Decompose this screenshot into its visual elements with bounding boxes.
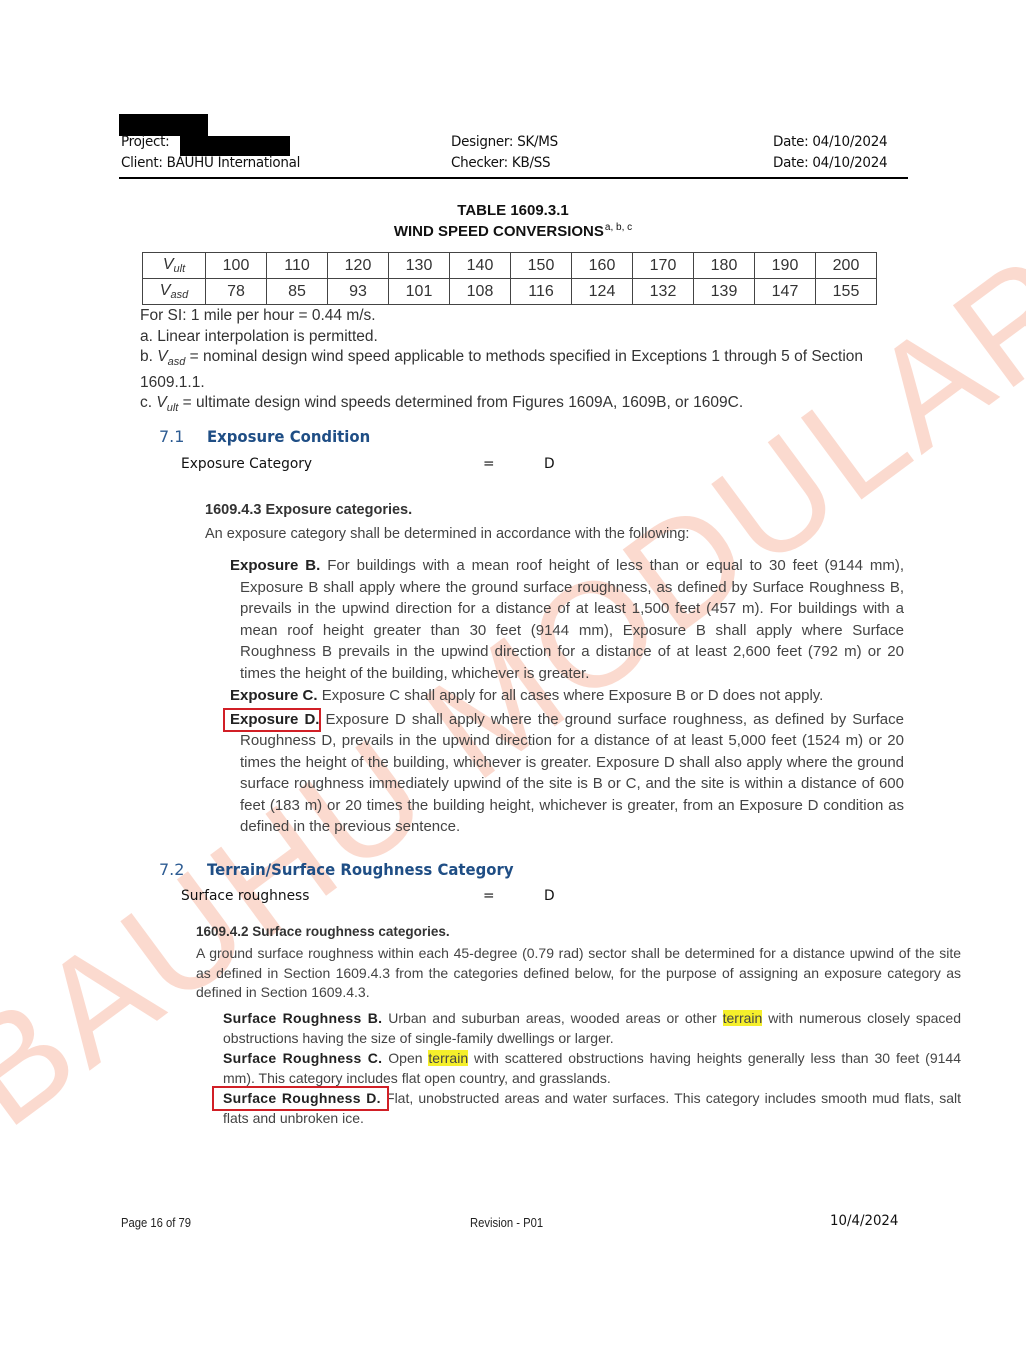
- table-cell: 150: [511, 253, 572, 279]
- table-cell: 170: [633, 253, 694, 279]
- checker-date: Date: 04/10/2024: [773, 155, 887, 171]
- table-cell: 155: [816, 279, 877, 305]
- table-cell: 78: [206, 279, 267, 305]
- exposure-b: Exposure B. For buildings with a mean ro…: [230, 555, 904, 684]
- header-rule: [119, 177, 908, 179]
- surface-roughness-label: Surface roughness: [181, 888, 309, 904]
- terrain-highlight: terrain: [428, 1050, 468, 1066]
- note-c-sub: ult: [167, 402, 179, 414]
- table-cell: 200: [816, 253, 877, 279]
- note-b-text: = nominal design wind speed applicable t…: [140, 348, 863, 391]
- table-cell: 124: [572, 279, 633, 305]
- exposure-b-term: Exposure B.: [230, 557, 320, 574]
- row-label: Vasd: [143, 279, 206, 305]
- row-label: Vult: [143, 253, 206, 279]
- exposure-c-term: Exposure C.: [230, 687, 318, 704]
- exposure-category-label: Exposure Category: [181, 456, 312, 472]
- note-c-var: V: [156, 394, 166, 411]
- note-b-prefix: b.: [140, 348, 157, 365]
- table-row: Vult100110120130140150160170180190200: [143, 253, 877, 279]
- redacted-block-logo: [119, 114, 208, 136]
- row-label-sub: ult: [174, 263, 186, 275]
- surface-roughness-equals: =: [483, 888, 495, 904]
- roughness-c: Surface Roughness C. Open terrain with s…: [223, 1049, 961, 1088]
- row-label-var: V: [160, 282, 171, 299]
- code-1609-4-2-intro: A ground surface roughness within each 4…: [196, 944, 961, 1003]
- table-subtitle-text: WIND SPEED CONVERSIONS: [394, 223, 604, 240]
- table-cell: 116: [511, 279, 572, 305]
- exposure-d-annotation-box: [223, 708, 321, 732]
- exposure-d: Exposure D. Exposure D shall apply where…: [230, 709, 904, 838]
- project-label: Project:: [121, 134, 169, 150]
- table-cell: 120: [328, 253, 389, 279]
- roughness-c-text: Open: [382, 1050, 428, 1066]
- note-a: a. Linear interpolation is permitted.: [140, 327, 910, 348]
- table-notes: For SI: 1 mile per hour = 0.44 m/s. a. L…: [140, 306, 910, 419]
- note-c-prefix: c.: [140, 394, 156, 411]
- client-label: Client: BAUHU International: [121, 155, 300, 171]
- checker-label: Checker: KB/SS: [451, 155, 550, 171]
- row-label-var: V: [163, 256, 174, 273]
- roughness-c-term: Surface Roughness C.: [223, 1050, 382, 1066]
- table-row: Vasd788593101108116124132139147155: [143, 279, 877, 305]
- note-b: b. Vasd = nominal design wind speed appl…: [140, 347, 910, 393]
- exposure-c-text: Exposure C shall apply for all cases whe…: [318, 687, 824, 704]
- section-7-1-number: 7.1: [159, 427, 184, 446]
- roughness-b: Surface Roughness B. Urban and suburban …: [223, 1009, 961, 1048]
- designer-label: Designer: SK/MS: [451, 134, 558, 150]
- note-b-sub: asd: [168, 356, 186, 368]
- roughness-b-text: Urban and suburban areas, wooded areas o…: [382, 1010, 722, 1026]
- section-7-1-title: Exposure Condition: [207, 427, 370, 446]
- section-7-2-number: 7.2: [159, 860, 184, 879]
- table-title: TABLE 1609.3.1: [0, 202, 1026, 219]
- table-cell: 139: [694, 279, 755, 305]
- table-cell: 100: [206, 253, 267, 279]
- note-b-var: V: [157, 348, 167, 365]
- footer-date: 10/4/2024: [830, 1213, 898, 1229]
- table-cell: 140: [450, 253, 511, 279]
- table-cell: 93: [328, 279, 389, 305]
- exposure-d-text: Exposure D shall apply where the ground …: [240, 711, 904, 836]
- note-c-text: = ultimate design wind speeds determined…: [178, 394, 743, 411]
- table-cell: 160: [572, 253, 633, 279]
- table-cell: 110: [267, 253, 328, 279]
- exposure-category-equals: =: [483, 456, 495, 472]
- row-label-sub: asd: [170, 289, 188, 301]
- section-7-2-title: Terrain/Surface Roughness Category: [207, 860, 514, 879]
- note-c: c. Vult = ultimate design wind speeds de…: [140, 393, 910, 419]
- table-cell: 147: [755, 279, 816, 305]
- note-si: For SI: 1 mile per hour = 0.44 m/s.: [140, 306, 910, 327]
- designer-date: Date: 04/10/2024: [773, 134, 887, 150]
- roughness-d-annotation-box: [212, 1086, 389, 1111]
- code-1609-4-3-intro: An exposure category shall be determined…: [205, 526, 689, 542]
- table-cell: 130: [389, 253, 450, 279]
- code-1609-4-3-heading: 1609.4.3 Exposure categories.: [205, 502, 412, 518]
- wind-speed-table: Vult100110120130140150160170180190200Vas…: [142, 252, 877, 305]
- roughness-b-term: Surface Roughness B.: [223, 1010, 382, 1026]
- table-cell: 180: [694, 253, 755, 279]
- table-cell: 85: [267, 279, 328, 305]
- table-cell: 132: [633, 279, 694, 305]
- footer-page-number: Page 16 of 79: [121, 1216, 191, 1230]
- table-subtitle-footnotes: a, b, c: [605, 222, 632, 233]
- redacted-block-project: [180, 136, 290, 156]
- terrain-highlight: terrain: [723, 1010, 763, 1026]
- code-1609-4-2-heading: 1609.4.2 Surface roughness categories.: [196, 924, 450, 939]
- table-subtitle: WIND SPEED CONVERSIONSa, b, c: [0, 222, 1026, 240]
- footer-revision: Revision - P01: [470, 1216, 543, 1230]
- exposure-c: Exposure C. Exposure C shall apply for a…: [230, 685, 904, 707]
- table-cell: 108: [450, 279, 511, 305]
- table-cell: 101: [389, 279, 450, 305]
- exposure-b-text: For buildings with a mean roof height of…: [240, 557, 904, 682]
- table-cell: 190: [755, 253, 816, 279]
- exposure-definitions: Exposure B. For buildings with a mean ro…: [230, 555, 904, 838]
- surface-roughness-value: D: [544, 888, 555, 904]
- exposure-category-value: D: [544, 456, 555, 472]
